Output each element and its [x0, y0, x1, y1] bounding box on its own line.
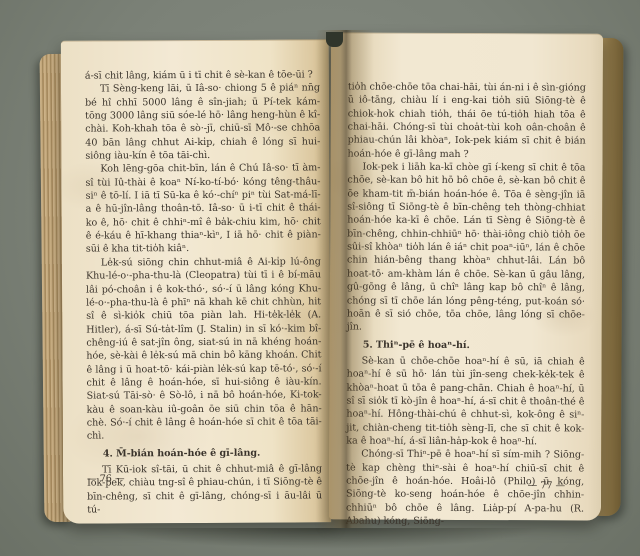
page-number-76: — 76 —	[87, 473, 125, 484]
paragraph: Koh lēng-gōa chit-bīn, lán ê Chú Iâ-so· …	[85, 162, 320, 257]
left-page: á-sī chit lâng, kiám ū i tī chit ê sè-ka…	[61, 39, 332, 523]
photo-canvas: á-sī chit lâng, kiám ū i tī chit ê sè-ka…	[0, 0, 640, 556]
paragraph: Sè-kan ū chōe-chōe hoaⁿ-hí ê sū, iā chia…	[346, 354, 584, 448]
right-page: tio̍h chōe-chōe tōa chai-hāi, tùi án-ni …	[329, 32, 603, 520]
continued-paragraph: tio̍h chōe-chōe tōa chai-hāi, tùi án-ni …	[348, 80, 586, 161]
paragraph: Tī Kū-iok sî-tāi, ū chit ê chhut-miâ ê g…	[87, 462, 322, 517]
paragraph: Iok-pek i liāh ka-kī chòe gī í-keng sī c…	[347, 161, 586, 336]
paragraph: Tī Sèng-keng lāi, ū Iâ-so· chiong 5 ê pi…	[85, 82, 320, 163]
paragraph: Le̍k-sú siōng chin chhut-miâ ê Ai-ki̍p l…	[86, 255, 322, 443]
section-heading-5: 5. Thiⁿ-pē ê hoaⁿ-hí.	[363, 338, 585, 352]
left-page-text: á-sī chit lâng, kiám ū i tī chit ê sè-ka…	[85, 68, 322, 517]
section-heading-4: 4. M̄-bián hoán-hóe ê gī-lâng.	[103, 446, 322, 460]
right-page-text: tio̍h chōe-chōe tōa chai-hāi, tùi án-ni …	[346, 80, 586, 528]
open-book: á-sī chit lâng, kiám ū i tī chit ê sè-ka…	[40, 30, 624, 544]
page-number-77: — 77 —	[528, 480, 566, 491]
continued-paragraph: á-sī chit lâng, kiám ū i tī chit ê sè-ka…	[85, 68, 320, 83]
